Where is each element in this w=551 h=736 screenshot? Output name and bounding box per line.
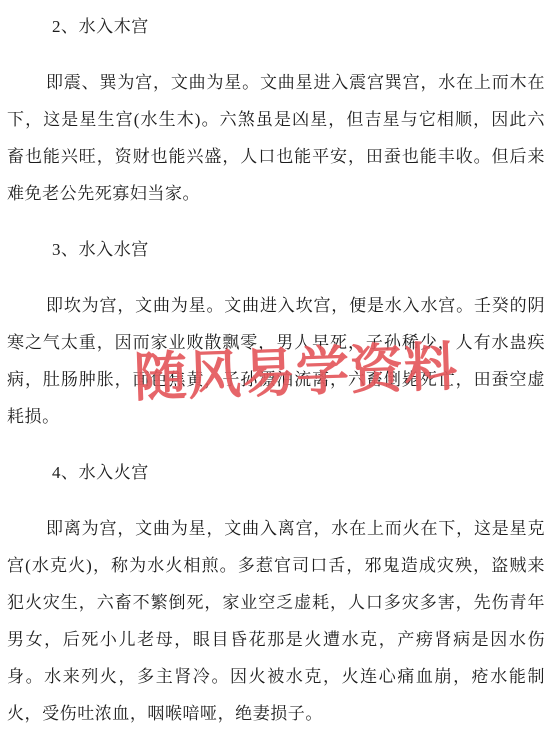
section-paragraph: 即震、巽为宫，文曲为星。文曲星进入震宫巽宫，水在上而木在下，这是星生宫(水生木)… <box>7 64 545 212</box>
document-page: 2、水入木宫 即震、巽为宫，文曲为星。文曲星进入震宫巽宫，水在上而木在下，这是星… <box>0 0 551 732</box>
section-heading: 3、水入水宫 <box>7 231 545 268</box>
section-water-into-wood: 2、水入木宫 即震、巽为宫，文曲为星。文曲星进入震宫巽宫，水在上而木在下，这是星… <box>7 8 545 212</box>
section-paragraph: 即离为宫，文曲为星，文曲入离宫，水在上而火在下，这是星克宫(水克火)，称为水火相… <box>7 510 545 732</box>
section-heading: 2、水入木宫 <box>7 8 545 45</box>
section-water-into-water: 3、水入水宫 即坎为宫，文曲为星。文曲进入坎宫，便是水入水宫。壬癸的阴寒之气太重… <box>7 231 545 435</box>
section-water-into-fire: 4、水入火宫 即离为宫，文曲为星，文曲入离宫，水在上而火在下，这是星克宫(水克火… <box>7 454 545 732</box>
section-heading: 4、水入火宫 <box>7 454 545 491</box>
section-paragraph: 即坎为宫，文曲为星。文曲进入坎宫，便是水入水宫。壬癸的阴寒之气太重，因而家业败散… <box>7 287 545 435</box>
